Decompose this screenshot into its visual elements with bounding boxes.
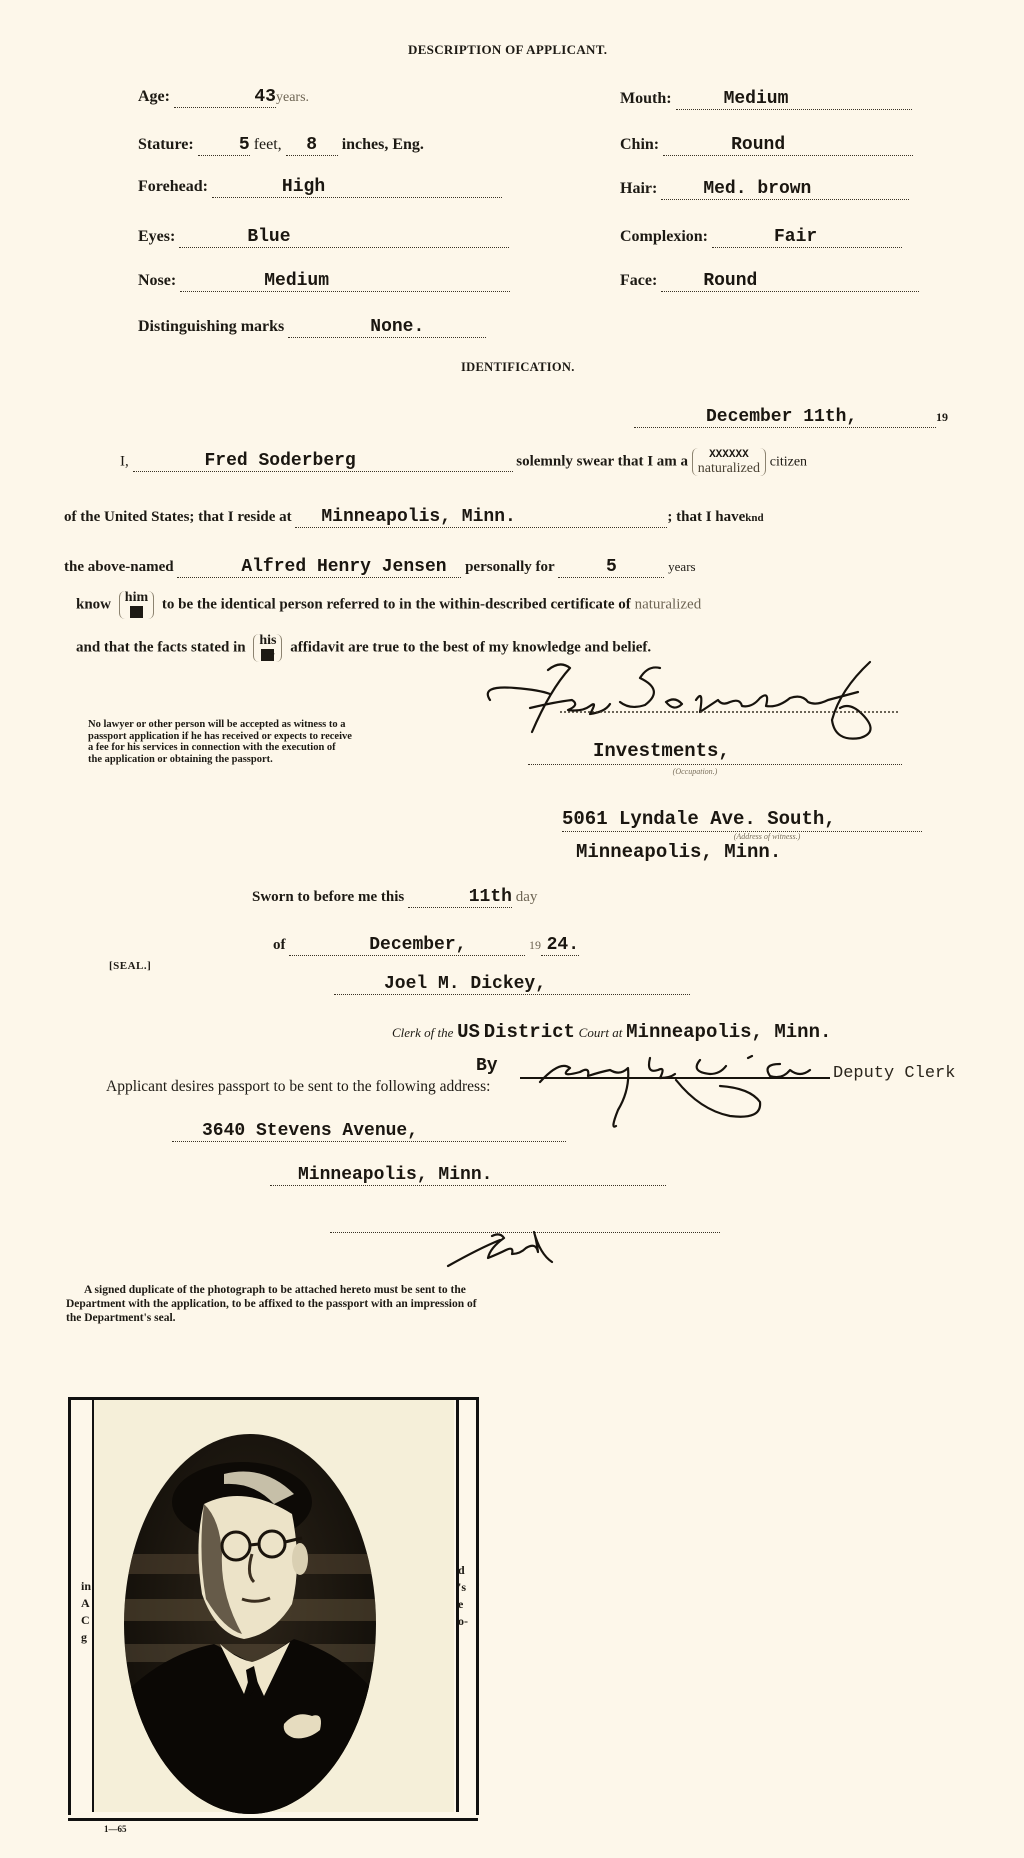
face-row: Face: Round xyxy=(620,272,919,292)
pronoun-her-struck: her xyxy=(125,605,148,619)
mailing-address-line2: Minneapolis, Minn. xyxy=(270,1166,666,1186)
hair-value: Med. brown xyxy=(661,180,909,200)
day-label: day xyxy=(516,889,538,905)
pronoun-i: I, xyxy=(120,453,129,469)
mailing-instruction: Applicant desires passport to be sent to… xyxy=(106,1078,490,1096)
witness-occupation-value: Investments, xyxy=(528,740,902,765)
sworn-year-value: 24. xyxy=(541,936,579,956)
years-label: years xyxy=(668,559,695,574)
oath-line-1-text: solemnly swear that I am a xyxy=(516,453,688,469)
oath-line-4: know him her to be the identical person … xyxy=(76,591,701,619)
portrait-icon xyxy=(124,1434,376,1814)
witness-address-line2: Minneapolis, Minn. xyxy=(576,841,922,863)
distinguishing-marks-label: Distinguishing marks xyxy=(138,318,284,335)
face-value: Round xyxy=(661,272,919,292)
court-type-us: US xyxy=(457,1021,480,1043)
by-label: By xyxy=(476,1056,498,1076)
identification-date-row: December 11th,19 xyxy=(634,408,948,428)
oath-line-2-suffix: ; that I have xyxy=(667,509,745,525)
oath-line-1: I, Fred Soderberg solemnly swear that I … xyxy=(120,448,807,476)
forehead-row: Forehead: High xyxy=(138,178,502,198)
age-suffix: years. xyxy=(276,90,309,105)
photo-notice: A signed duplicate of the photograph to … xyxy=(66,1283,486,1325)
age-row: Age: 43years. xyxy=(138,88,309,108)
complexion-row: Complexion: Fair xyxy=(620,228,902,248)
chin-value: Round xyxy=(663,136,913,156)
chin-row: Chin: Round xyxy=(620,136,913,156)
oath-line-3-mid: personally for xyxy=(465,559,555,575)
witness-address-block: 5061 Lyndale Ave. South, (Address of wit… xyxy=(562,808,922,863)
applicant-photo xyxy=(124,1434,376,1814)
clerk-name-row: Joel M. Dickey, xyxy=(334,975,690,995)
oath-line-4-text: to be the identical person referred to i… xyxy=(162,596,631,612)
feet-label: feet, xyxy=(254,136,282,153)
witness-address-line1: 5061 Lyndale Ave. South, xyxy=(562,808,922,832)
oath-line-2: of the United States; that I reside at M… xyxy=(64,508,764,528)
oath-line-3-text: the above-named xyxy=(64,559,174,575)
eyes-row: Eyes: Blue xyxy=(138,228,509,248)
distinguishing-marks-row: Distinguishing marks None. xyxy=(138,318,486,338)
clerk-name-value: Joel M. Dickey, xyxy=(334,975,690,995)
photo-frame-right-outer xyxy=(476,1397,479,1815)
year-prefix: 19 xyxy=(936,410,948,424)
court-row: Clerk of the US District Court at Minnea… xyxy=(392,1021,831,1043)
eyes-label: Eyes: xyxy=(138,228,175,245)
pronoun-her-struck-2: her xyxy=(259,648,276,662)
certificate-type: naturalized xyxy=(635,596,702,612)
know-label: know xyxy=(76,596,111,612)
deputy-clerk-label: Deputy Clerk xyxy=(833,1064,955,1083)
identification-date-value: December 11th, xyxy=(634,408,936,428)
identification-heading: IDENTIFICATION. xyxy=(461,360,575,375)
seal-label: [SEAL.] xyxy=(109,960,151,972)
court-at-label: Court at xyxy=(579,1025,623,1040)
sworn-month-row: of December, 1924. xyxy=(273,936,579,956)
nose-label: Nose: xyxy=(138,272,176,289)
pronoun-choice-1: him her xyxy=(119,591,154,619)
pronoun-his: his xyxy=(259,634,276,648)
citizen-option-naturalized: naturalized xyxy=(698,462,760,476)
photo-right-margin-text: d 's e o- xyxy=(458,1562,468,1630)
description-heading: DESCRIPTION OF APPLICANT. xyxy=(408,42,607,58)
eyes-value: Blue xyxy=(179,228,509,248)
clerk-of-label: Clerk of the xyxy=(392,1025,453,1040)
citizen-type-choice: XXXXXX naturalized xyxy=(692,448,766,476)
citizen-label: citizen xyxy=(770,454,807,469)
lawyer-notice: No lawyer or other person will be accept… xyxy=(88,719,352,765)
oath-line-5-text: and that the facts stated in xyxy=(76,639,246,655)
stature-feet-value: 5 xyxy=(198,136,250,156)
mailing-address-line1: 3640 Stevens Avenue, xyxy=(172,1122,566,1142)
forehead-label: Forehead: xyxy=(138,178,208,195)
mouth-label: Mouth: xyxy=(620,90,672,107)
chin-label: Chin: xyxy=(620,136,659,153)
sworn-day-value: 11th xyxy=(408,888,512,908)
stature-inches-value: 8 xyxy=(286,136,338,156)
stature-row: Stature: 5 feet, 8 inches, Eng. xyxy=(138,136,424,156)
witness-signature xyxy=(460,650,910,750)
forehead-value: High xyxy=(212,178,502,198)
inches-label: inches, Eng. xyxy=(342,136,424,153)
citizen-option-struck: XXXXXX xyxy=(698,448,760,462)
photo-frame-left-outer xyxy=(68,1397,71,1815)
complexion-label: Complexion: xyxy=(620,228,708,245)
mouth-value: Medium xyxy=(676,90,912,110)
of-label: of xyxy=(273,937,286,953)
witness-residence-value: Minneapolis, Minn. xyxy=(295,508,667,528)
nose-row: Nose: Medium xyxy=(138,272,510,292)
hair-row: Hair: Med. brown xyxy=(620,180,909,200)
applicant-signature: Fred xyxy=(440,1228,600,1278)
witness-occupation-block: Investments, (Occupation.) xyxy=(528,740,902,776)
sworn-year-prefix: 19 xyxy=(529,938,541,952)
pronoun-him: him xyxy=(125,591,148,605)
mailing-address-line1-row: 3640 Stevens Avenue, xyxy=(172,1122,566,1142)
court-type-district: District xyxy=(484,1021,575,1043)
age-value: 43 xyxy=(174,88,276,108)
hair-label: Hair: xyxy=(620,180,657,197)
applicant-name-value: Alfred Henry Jensen xyxy=(177,558,461,578)
sworn-month-value: December, xyxy=(289,936,525,956)
address-caption: (Address of witness.) xyxy=(562,832,922,841)
sworn-row: Sworn to before me this 11th day xyxy=(252,888,537,908)
oath-line-2-text: of the United States; that I reside at xyxy=(64,509,292,525)
face-label: Face: xyxy=(620,272,657,289)
stature-label: Stature: xyxy=(138,136,194,153)
years-known-value: 5 xyxy=(558,558,664,578)
oath-line-3: the above-named Alfred Henry Jensen pers… xyxy=(64,558,696,578)
nose-value: Medium xyxy=(180,272,510,292)
occupation-caption: (Occupation.) xyxy=(528,767,902,776)
witness-name-value: Fred Soderberg xyxy=(133,452,513,472)
age-label: Age: xyxy=(138,88,170,105)
mailing-address-line2-row: Minneapolis, Minn. xyxy=(270,1166,666,1186)
sworn-label: Sworn to before me this xyxy=(252,889,404,905)
oath-line-2-tail: knd xyxy=(745,512,763,524)
photo-left-margin-text: in A C g xyxy=(81,1578,91,1646)
form-number: 1—65 xyxy=(104,1824,127,1834)
court-location-value: Minneapolis, Minn. xyxy=(626,1021,831,1043)
complexion-value: Fair xyxy=(712,228,902,248)
mouth-row: Mouth: Medium xyxy=(620,90,912,110)
distinguishing-marks-value: None. xyxy=(288,318,486,338)
pronoun-choice-2: his her xyxy=(253,634,282,662)
